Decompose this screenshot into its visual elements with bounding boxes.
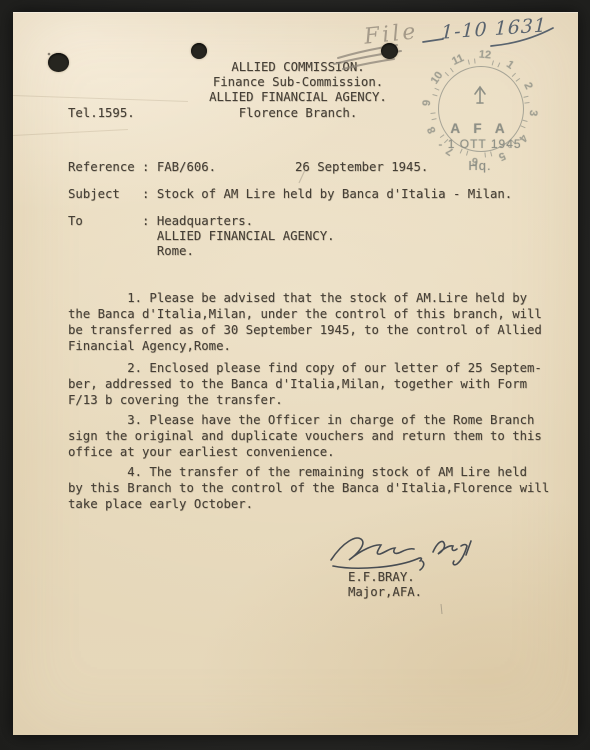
paragraph-2: 2. Enclosed please find copy of our lett… — [68, 361, 542, 409]
stamp-dial-tick — [492, 60, 495, 65]
letterhead-org-block: ALLIED COMMISSION. Finance Sub-Commissio… — [162, 60, 434, 121]
stamp-dial-number: 3 — [527, 109, 539, 116]
stamp-dial-tick — [466, 151, 469, 156]
reference-line: Reference : FAB/606. — [68, 160, 216, 176]
stamp-dial-tick — [524, 102, 529, 104]
punch-hole — [381, 43, 398, 59]
to-address-block: To : Headquarters. ALLIED FINANCIAL AGEN… — [68, 214, 335, 258]
stamp-afa-text: A F A — [410, 121, 550, 136]
subject-line: Subject : Stock of AM Lire held by Banca… — [68, 187, 512, 203]
stamp-dial-tick — [484, 152, 486, 157]
paper-crease — [13, 129, 128, 136]
signature-title: Major,AFA. — [348, 585, 422, 601]
broad-arrow-icon — [473, 85, 487, 105]
stamp-dial-tick — [512, 73, 517, 77]
stamp-dial-tick — [523, 95, 528, 98]
stamp-dial-tick — [434, 87, 439, 90]
document-page: 121234567891011 A F A - 1 OTT 1945 Hq. A… — [13, 12, 578, 735]
punch-hole — [48, 53, 69, 72]
paragraph-4: 4. The transfer of the remaining stock o… — [68, 465, 549, 513]
stamp-date-text: - 1 OTT 1945 — [410, 137, 550, 151]
stamp-dial-number: 12 — [478, 49, 491, 62]
scan-frame: 121234567891011 A F A - 1 OTT 1945 Hq. A… — [0, 0, 590, 750]
stamp-dial-tick — [450, 68, 454, 73]
stamp-dial-number: 11 — [450, 52, 466, 68]
paragraph-3: 3. Please have the Officer in charge of … — [68, 413, 542, 461]
stamp-dial-number: 1 — [504, 58, 516, 71]
stamp-dial-number: 2 — [521, 80, 534, 91]
stamp-dial-tick — [467, 60, 470, 65]
paragraph-1: 1. Please be advised that the stock of A… — [68, 291, 542, 355]
date-line: 26 September 1945. — [295, 160, 428, 176]
punch-hole — [191, 43, 207, 59]
telephone-line: Tel.1595. — [68, 106, 135, 122]
stamp-dial-tick — [516, 78, 521, 82]
stamp-dial-tick — [474, 59, 476, 64]
stamp-dial-tick — [497, 62, 500, 67]
stamp-dial-tick — [490, 151, 493, 156]
signature-name: E.F.BRAY. — [348, 570, 415, 586]
stamp-hq-text: Hq. — [410, 158, 550, 173]
